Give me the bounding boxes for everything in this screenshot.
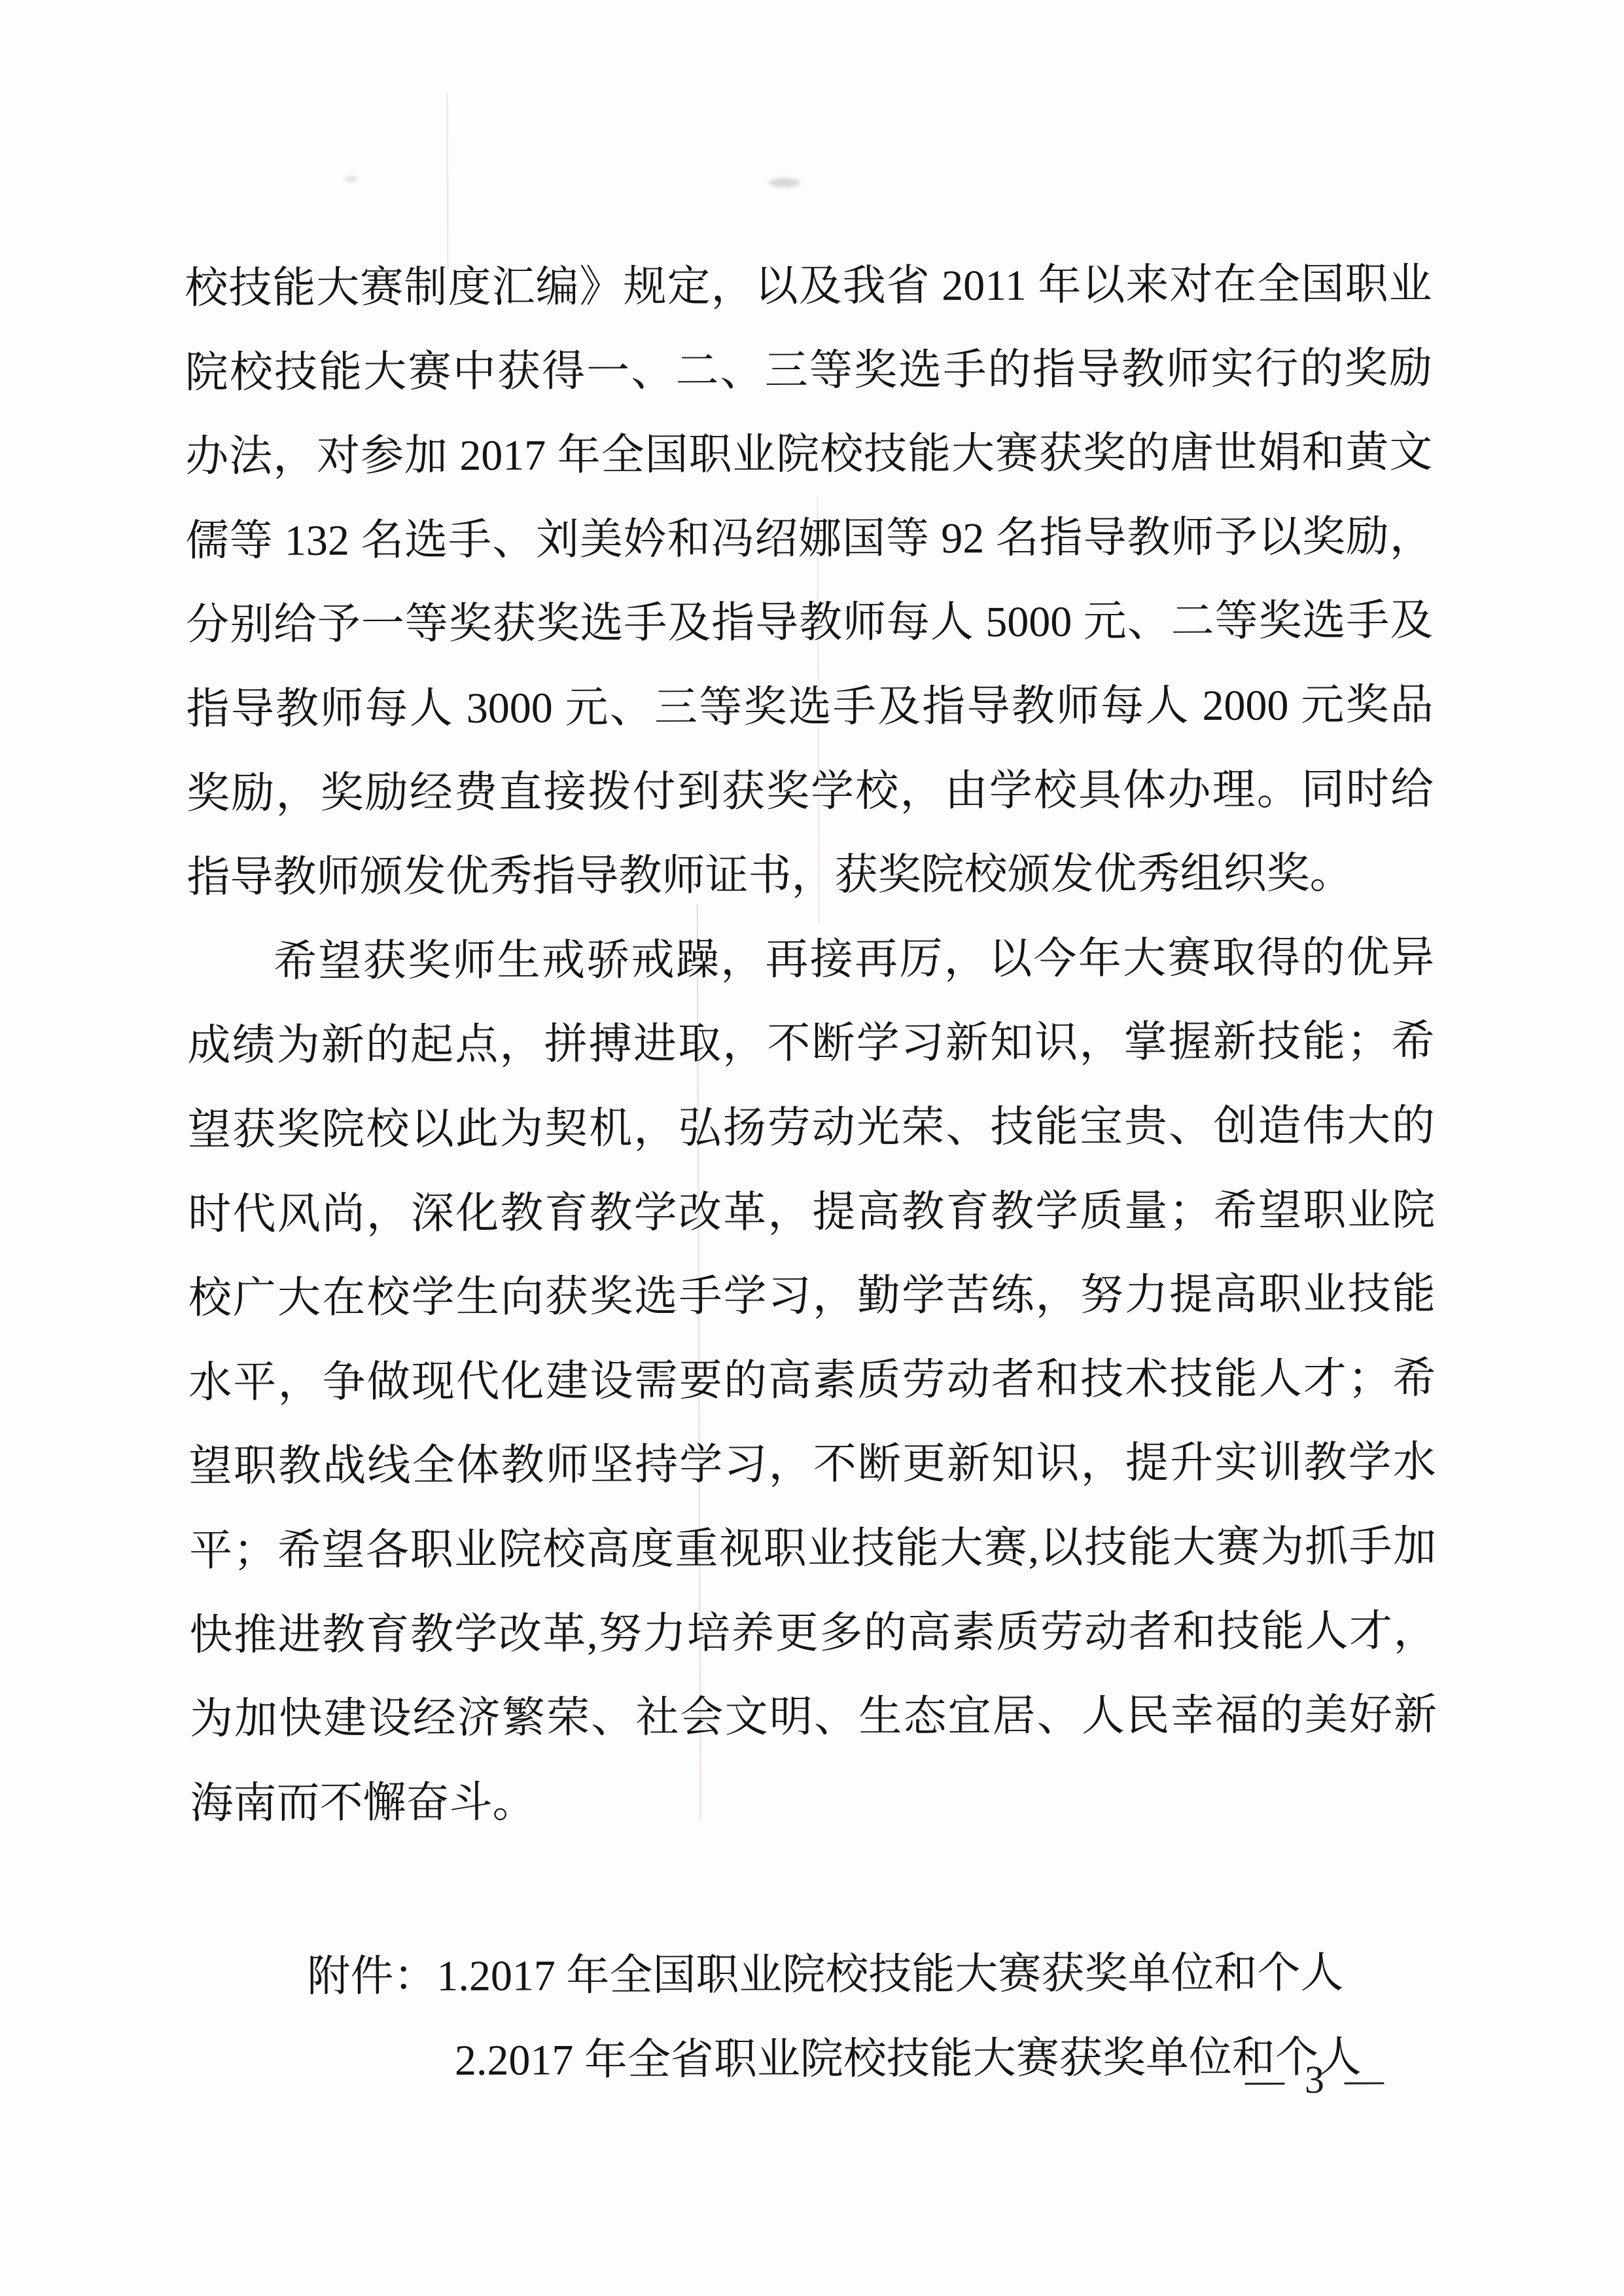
body-text-line: 为加快建设经济繁荣、社会文明、生态宜居、人民幸福的美好新 [190,1674,1437,1762]
body-text-line: 成绩为新的起点，拼搏进取，不断学习新知识，掌握新技能；希 [187,1000,1434,1088]
document-body: 校技能大赛制度汇编》规定，以及我省 2011 年以来对在全国职业 院校技能大赛中… [185,243,1438,2104]
body-text-line: 校广大在校学生向获奖选手学习，勤学苦练，努力提高职业技能 [188,1253,1436,1341]
scanned-page: 校技能大赛制度汇编》规定，以及我省 2011 年以来对在全国职业 院校技能大赛中… [0,0,1624,2296]
attachment-item: 1.2017 年全国职业院校技能大赛获奖单位和个人 [436,1949,1343,2000]
scanned-document: { "page": { "background_color": "#fdfdfc… [0,0,1624,2296]
body-text-line: 水平，争做现代化建设需要的高素质劳动者和技术技能人才；希 [188,1336,1436,1425]
body-text-line: 望获奖院校以此为契机，弘扬劳动光荣、技能宝贵、创造伟大的 [188,1085,1435,1173]
body-text-line: 快推进教育教学改革,努力培养更多的高素质劳动者和技能人才， [189,1589,1436,1677]
body-text-line: 平；希望各职业院校高度重视职业技能大赛,以技能大赛为抓手加 [189,1505,1436,1594]
body-text-line: 奖励，奖励经费直接拨付到获奖学校，由学校具体办理。同时给 [186,747,1434,836]
page-number: — 3 — [1242,2047,1392,2113]
scan-artifact-smudge [345,175,358,182]
body-text-line: 分别给予一等奖获奖选手及指导教师每人 5000 元、二等奖选手及 [186,579,1433,668]
body-text-line: 儒等 132 名选手、刘美妗和冯绍娜国等 92 名指导教师予以奖励， [186,495,1433,583]
body-text-line: 指导教师每人 3000 元、三等奖选手及指导教师每人 2000 元奖品 [186,664,1433,752]
body-text-line: 指导教师颁发优秀指导教师证书，获奖院校颁发优秀组织奖。 [186,832,1434,920]
body-text-line: 校技能大赛制度汇编》规定，以及我省 2011 年以来对在全国职业 [185,243,1432,331]
body-text-line: 希望获奖师生戒骄戒躁，再接再厉，以今年大赛取得的优异 [187,916,1434,1004]
body-text-line: 时代风尚，深化教育教学改革，提高教育教学质量；希望职业院 [188,1168,1435,1257]
attachment-label: 附件： [307,1952,436,2001]
body-text-line: 望职教战线全体教师坚持学习，不断更新知识，提升实训教学水 [188,1421,1436,1509]
attachment-line: 附件：1.2017 年全国职业院校技能大赛获奖单位和个人 [190,1931,1438,2020]
scan-artifact-line [446,93,448,270]
body-text-line: 院校技能大赛中获得一、二、三等奖选手的指导教师实行的奖励 [185,327,1432,415]
body-text-line: 海南而不懈奋斗。 [190,1757,1437,1846]
scan-artifact-smudge [769,178,800,187]
body-text-line: 办法，对参加 2017 年全国职业院校技能大赛获奖的唐世娟和黄文 [185,411,1432,499]
